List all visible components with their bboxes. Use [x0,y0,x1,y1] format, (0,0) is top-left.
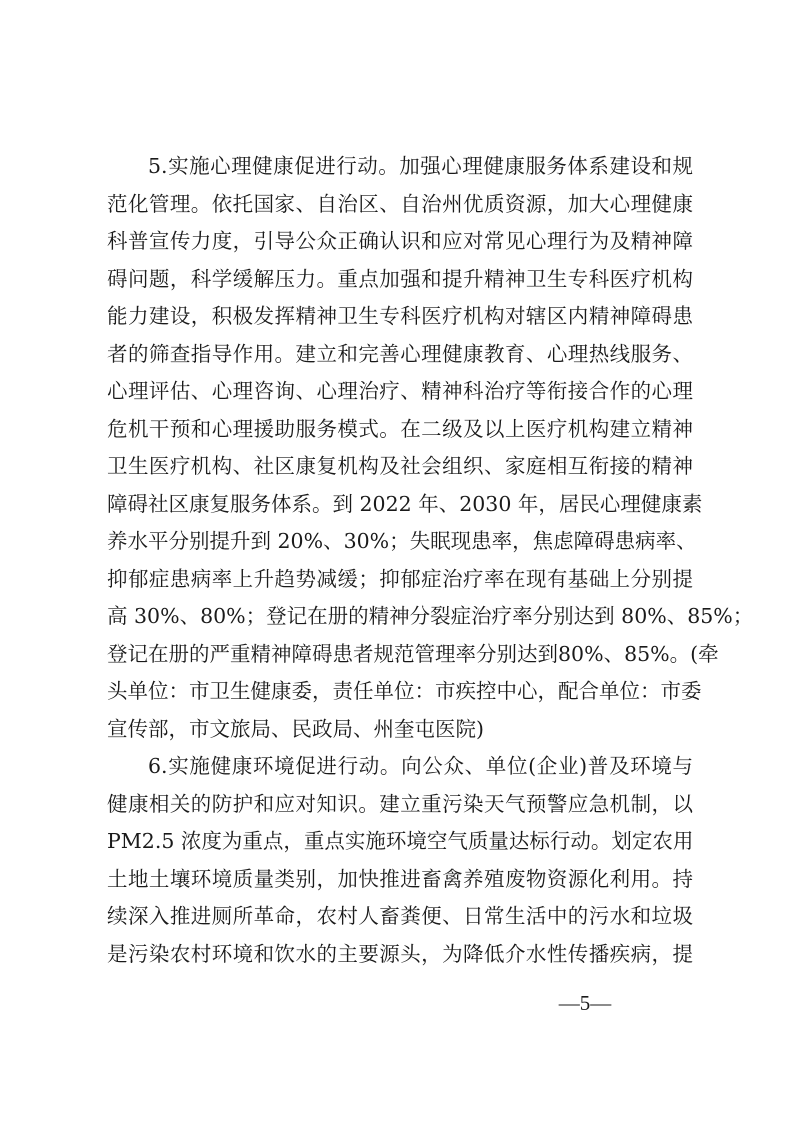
text-line: 卫生医疗机构、社区康复机构及社会组织、家庭相互衔接的精神 [107,448,693,486]
text-line: 健康相关的防护和应对知识。建立重污染天气预警应急机制，以 [107,786,693,824]
page-number: —5— [555,991,615,1016]
text-line: 6.实施健康环境促进行动。向公众、单位(企业)普及环境与 [107,748,693,786]
text-line: PM2.5 浓度为重点，重点实施环境空气质量达标行动。划定农用 [107,823,693,861]
body-text: 5.实施心理健康促进行动。加强心理健康服务体系建设和规 范化管理。依托国家、自治… [107,148,693,973]
paragraph-item-5: 5.实施心理健康促进行动。加强心理健康服务体系建设和规 范化管理。依托国家、自治… [107,148,693,748]
text-line: 头单位：市卫生健康委，责任单位：市疾控中心，配合单位：市委 [107,673,693,711]
text-line: 宣传部，市文旅局、民政局、州奎屯医院) [107,711,693,749]
text-line: 者的筛查指导作用。建立和完善心理健康教育、心理热线服务、 [107,336,693,374]
text-line: 危机干预和心理援助服务模式。在二级及以上医疗机构建立精神 [107,411,693,449]
text-line: 心理评估、心理咨询、心理治疗、精神科治疗等衔接合作的心理 [107,373,693,411]
text-line: 高 30%、80%；登记在册的精神分裂症治疗率分别达到 80%、85%； [107,598,693,636]
text-line: 5.实施心理健康促进行动。加强心理健康服务体系建设和规 [107,148,693,186]
text-line: 土地土壤环境质量类别，加快推进畜禽养殖废物资源化利用。持 [107,861,693,899]
text-line: 能力建设，积极发挥精神卫生专科医疗机构对辖区内精神障碍患 [107,298,693,336]
text-line: 碍问题，科学缓解压力。重点加强和提升精神卫生专科医疗机构 [107,261,693,299]
text-line: 范化管理。依托国家、自治区、自治州优质资源，加大心理健康 [107,186,693,224]
document-page: 5.实施心理健康促进行动。加强心理健康服务体系建设和规 范化管理。依托国家、自治… [0,0,793,1122]
text-line: 登记在册的严重精神障碍患者规范管理率分别达到80%、85%。(牵 [107,636,693,674]
text-line: 抑郁症患病率上升趋势减缓；抑郁症治疗率在现有基础上分别提 [107,561,693,599]
text-line: 障碍社区康复服务体系。到 2022 年、2030 年，居民心理健康素 [107,486,693,524]
text-line: 养水平分别提升到 20%、30%；失眠现患率，焦虑障碍患病率、 [107,523,693,561]
text-line: 科普宣传力度，引导公众正确认识和应对常见心理行为及精神障 [107,223,693,261]
text-line: 续深入推进厕所革命，农村人畜粪便、日常生活中的污水和垃圾 [107,898,693,936]
paragraph-item-6: 6.实施健康环境促进行动。向公众、单位(企业)普及环境与 健康相关的防护和应对知… [107,748,693,973]
text-line: 是污染农村环境和饮水的主要源头，为降低介水性传播疾病，提 [107,936,693,974]
